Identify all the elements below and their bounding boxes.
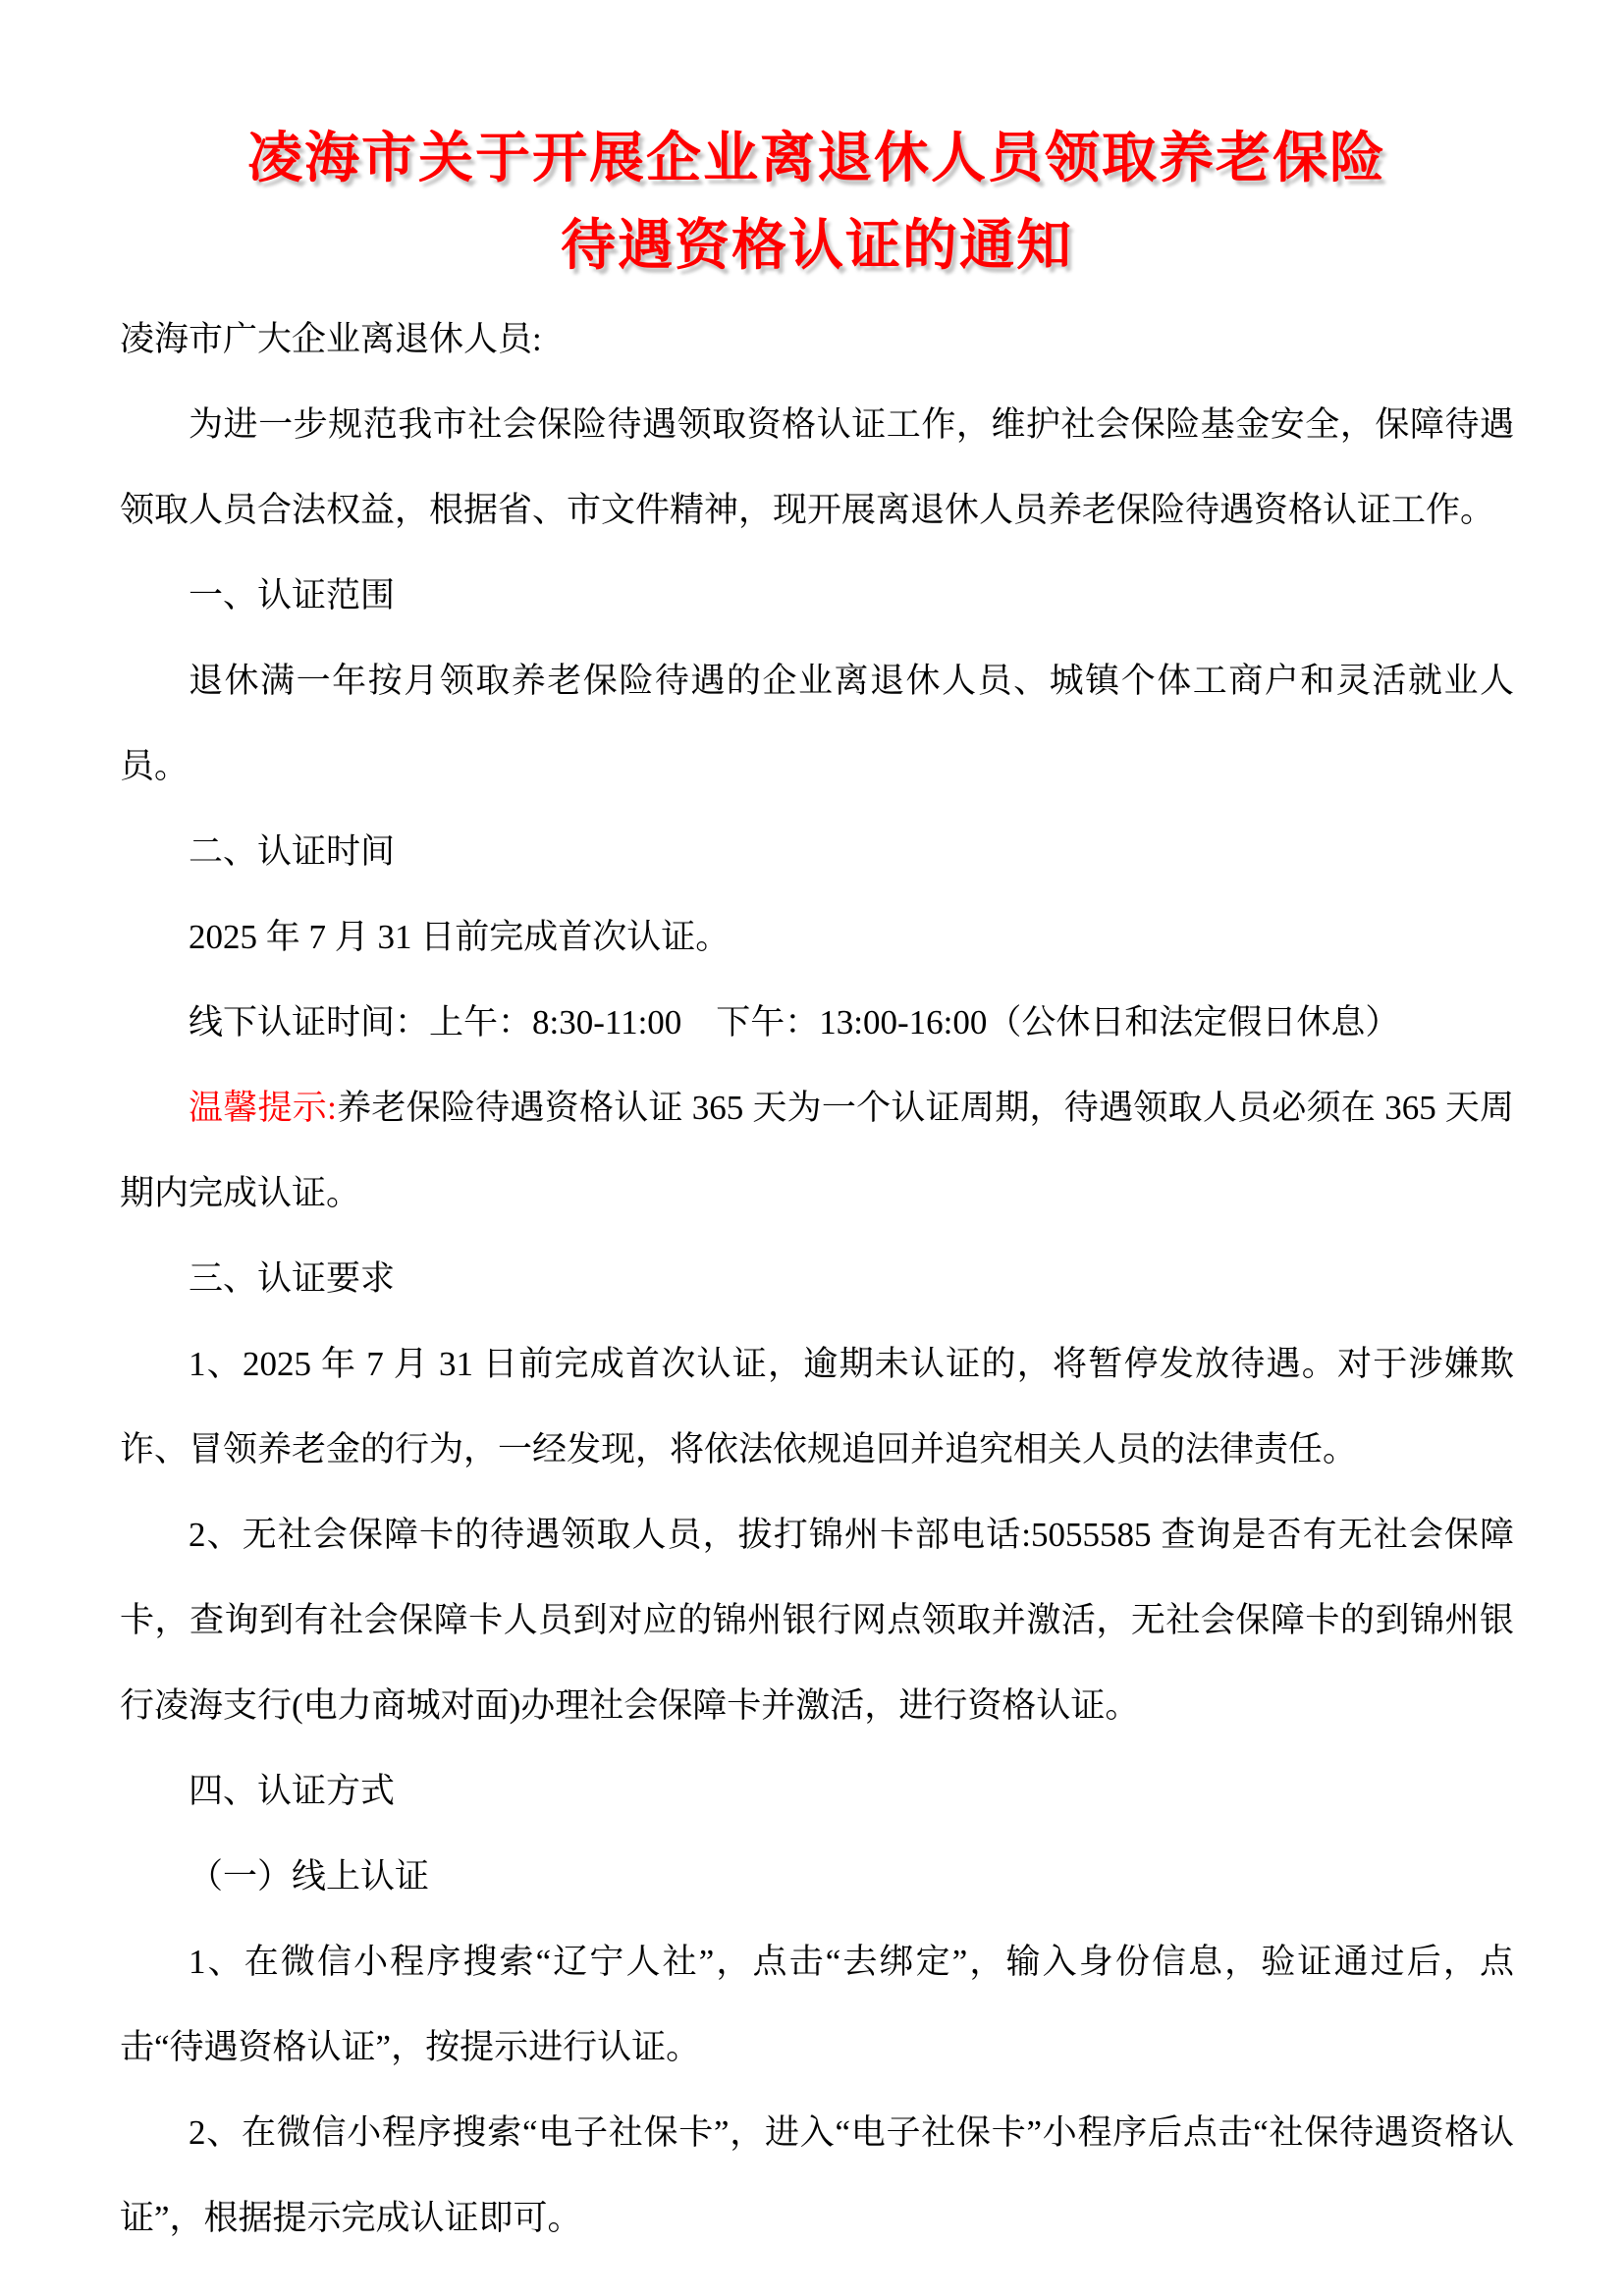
deadline-paragraph: 2025 年 7 月 31 日前完成首次认证。 xyxy=(120,894,1514,980)
requirement-item-1: 1、2025 年 7 月 31 日前完成首次认证，逾期未认证的，将暂停发放待遇。… xyxy=(120,1321,1514,1492)
notice-document-page: 凌海市关于开展企业离退休人员领取养老保险待遇资格认证的通知 凌海市广大企业离退休… xyxy=(0,0,1624,2296)
intro-paragraph: 为进一步规范我市社会保险待遇领取资格认证工作，维护社会保险基金安全，保障待遇领取… xyxy=(120,382,1514,553)
online-method-item-1: 1、在微信小程序搜索“辽宁人社”，点击“去绑定”，输入身份信息，验证通过后，点击… xyxy=(120,1919,1514,2090)
section-heading-3: 三、认证要求 xyxy=(120,1236,1514,1321)
salutation: 凌海市广大企业离退休人员: xyxy=(120,296,1514,382)
document-title: 凌海市关于开展企业离退休人员领取养老保险待遇资格认证的通知 xyxy=(120,116,1514,291)
subsection-heading-online: （一）线上认证 xyxy=(120,1834,1514,1919)
document-body: 凌海市广大企业离退休人员: 为进一步规范我市社会保险待遇领取资格认证工作，维护社… xyxy=(120,296,1514,2261)
document-title-line2: 待遇资格认证的通知 xyxy=(561,216,1073,277)
tip-paragraph: 温馨提示:养老保险待遇资格认证 365 天为一个认证周期，待遇领取人员必须在 3… xyxy=(120,1065,1514,1236)
section-heading-4: 四、认证方式 xyxy=(120,1748,1514,1834)
requirement-item-2: 2、无社会保障卡的待遇领取人员，拔打锦州卡部电话:5055585 查询是否有无社… xyxy=(120,1492,1514,1748)
online-method-item-2: 2、在微信小程序搜索“电子社保卡”，进入“电子社保卡”小程序后点击“社保待遇资格… xyxy=(120,2090,1514,2261)
section-heading-1: 一、认证范围 xyxy=(120,553,1514,638)
section-1-paragraph: 退休满一年按月领取养老保险待遇的企业离退休人员、城镇个体工商户和灵活就业人员。 xyxy=(120,638,1514,809)
document-title-line1: 凌海市关于开展企业离退休人员领取养老保险 xyxy=(247,129,1386,189)
tip-label: 温馨提示: xyxy=(189,1089,337,1127)
offline-hours-paragraph: 线下认证时间：上午：8:30-11:00 下午：13:00-16:00（公休日和… xyxy=(120,980,1514,1065)
section-heading-2: 二、认证时间 xyxy=(120,809,1514,894)
